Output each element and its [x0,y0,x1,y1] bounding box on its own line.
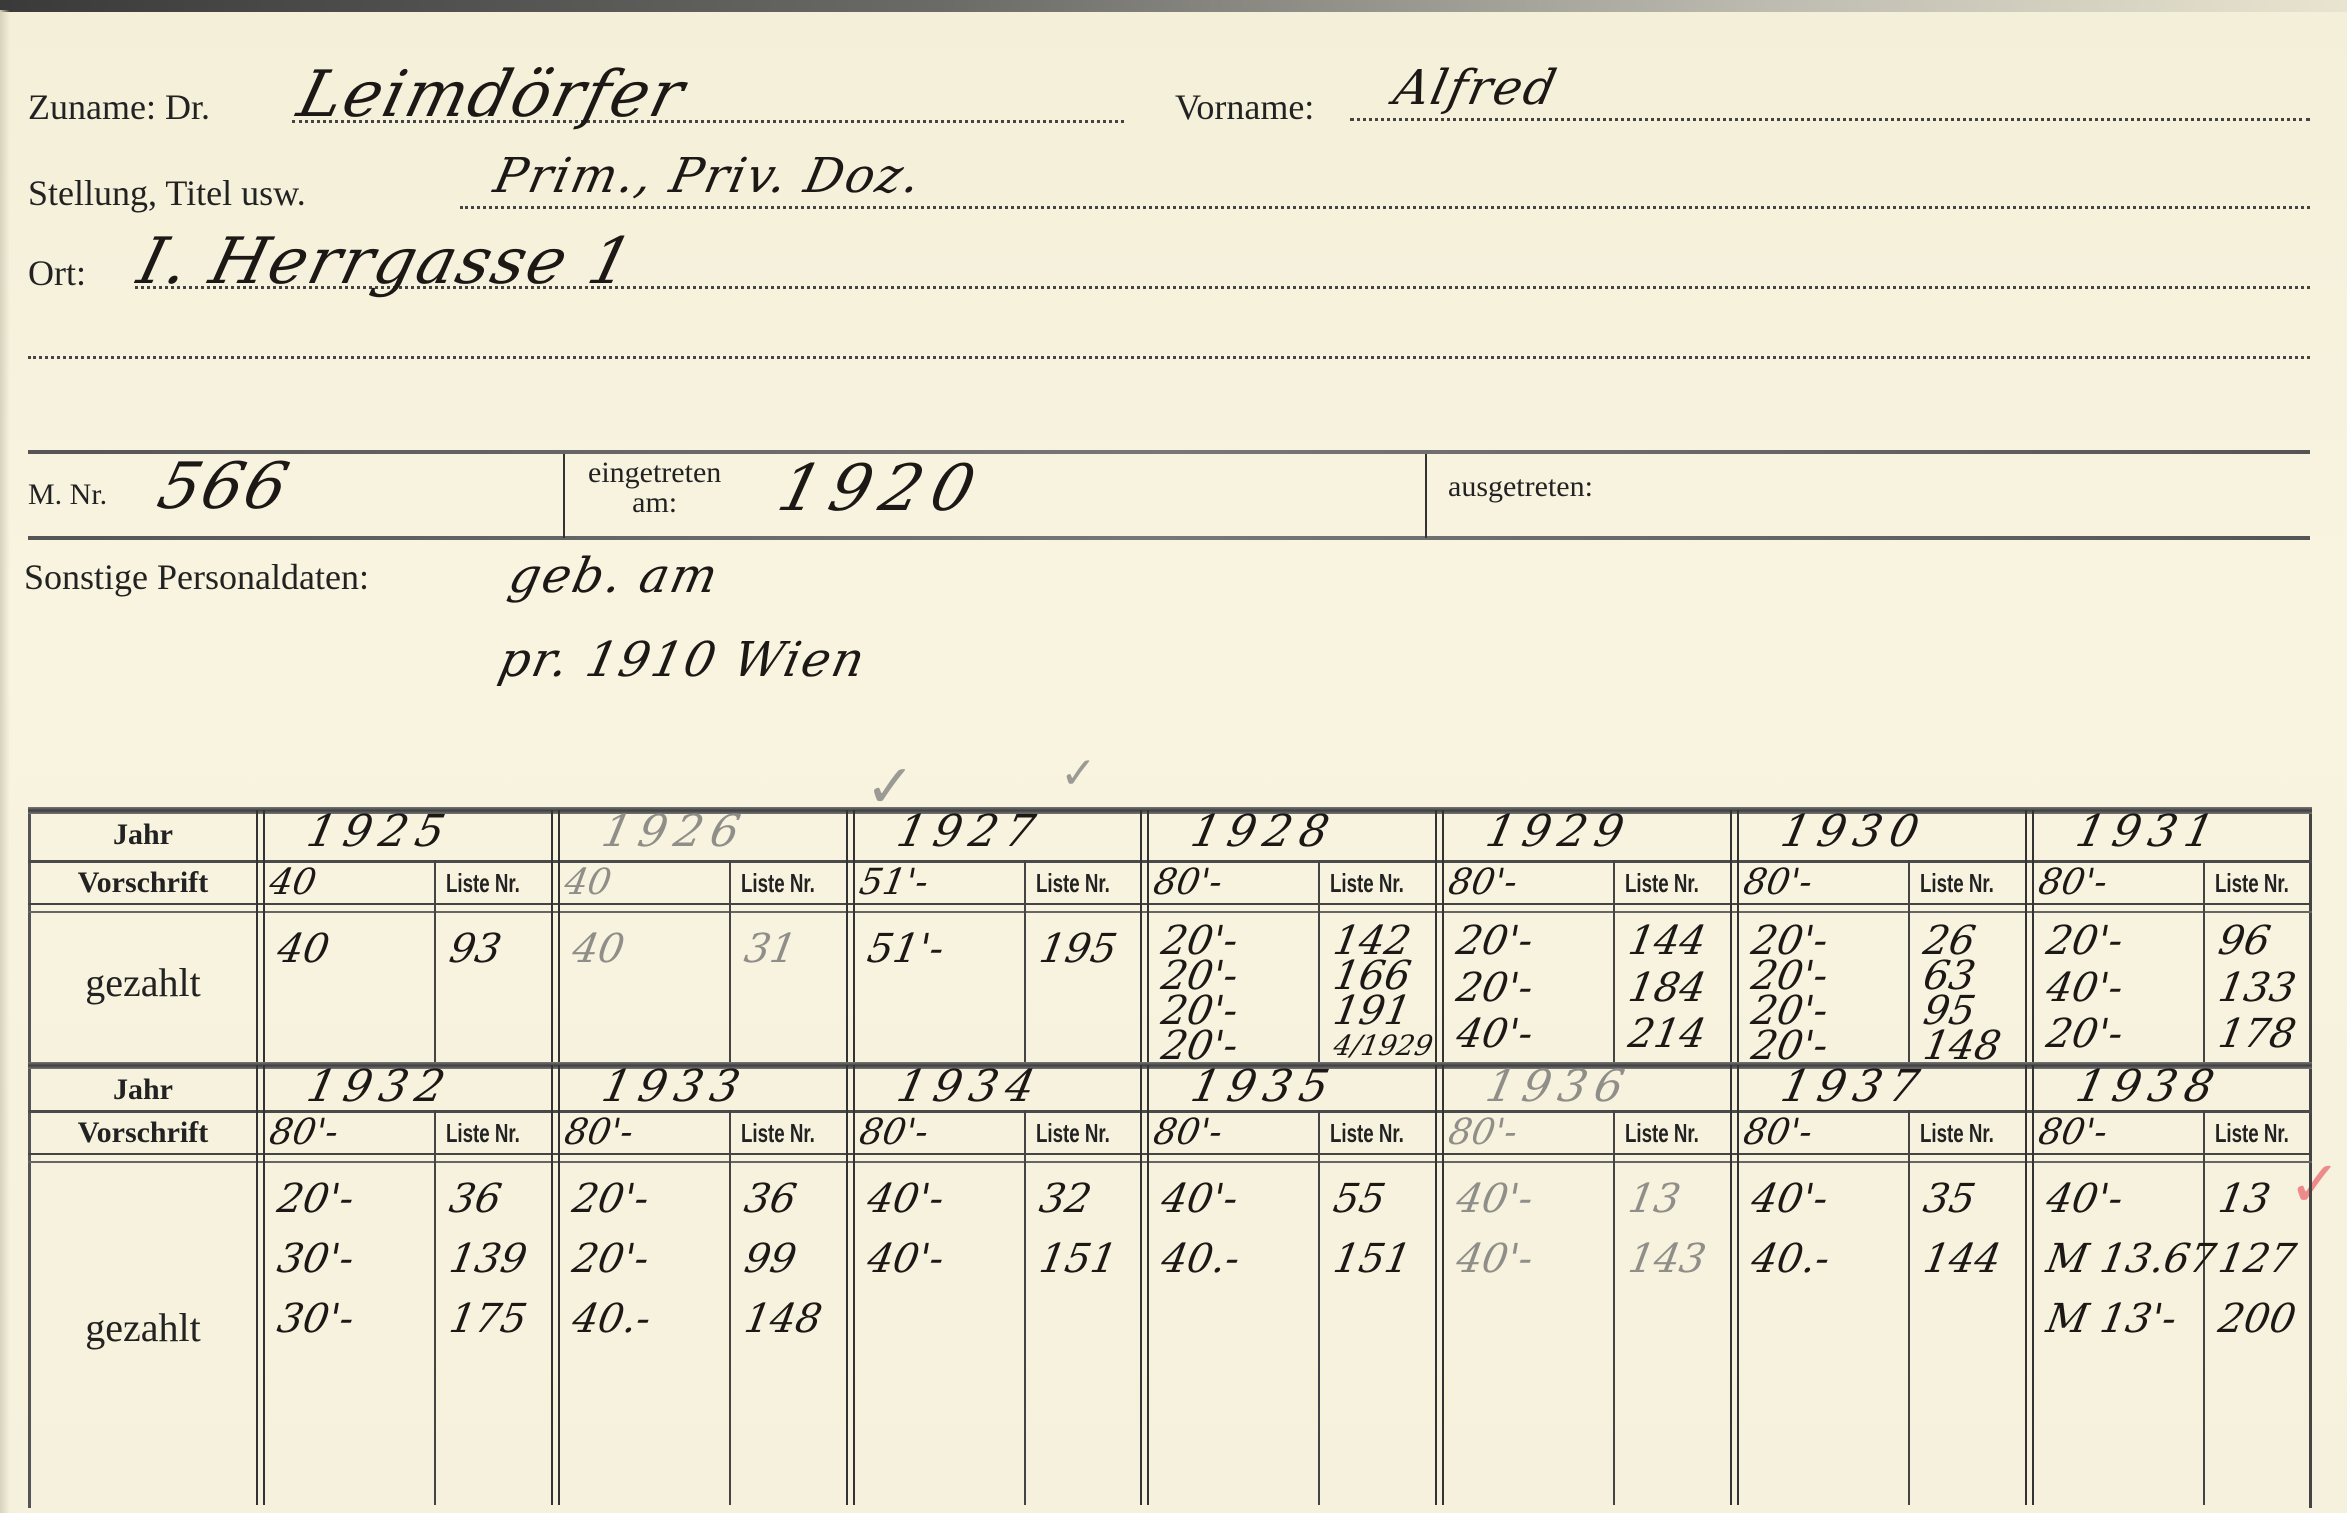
paid-list-no: 55 [1330,1175,1389,1223]
required-value: 80'- [266,1112,341,1153]
list-no-header: Liste Nr. [446,868,520,899]
paid-list-no: 35 [1920,1175,1979,1223]
list-column-divider [1613,860,1615,1065]
year-column-divider [551,1065,560,1505]
paid-amount: 40'- [1453,1235,1537,1283]
paid-amount: M 13.67 [2043,1235,2220,1283]
member-divider-1 [563,454,565,538]
required-value: 40 [266,862,319,903]
paid-amount: 40'- [1158,1175,1242,1223]
list-column-divider [1908,860,1910,1065]
place-label: Ort: [28,252,86,294]
surname-value: Leimdörfer [291,58,693,132]
required-value: 80'- [1151,862,1226,903]
paid-amount: 20'- [1453,964,1537,1012]
list-column-divider [434,1110,436,1505]
required-value: 80'- [561,1112,636,1153]
required-value: 80'- [1151,1112,1226,1153]
paid-list-no: 195 [1035,925,1120,973]
paid-list-no: 184 [1625,964,1710,1012]
paid-amount: 40'- [2043,964,2127,1012]
list-no-header: Liste Nr. [2215,868,2289,899]
year-value: 1926 [597,806,752,857]
list-no-header: Liste Nr. [1330,868,1404,899]
paid-list-no: 139 [446,1235,531,1283]
paid-list-no: 13 [2215,1175,2274,1223]
required-value: 80'- [856,1112,931,1153]
year-value: 1927 [892,806,1047,857]
paid-list-no: 32 [1035,1175,1094,1223]
required-value: 80'- [2035,862,2110,903]
year-value: 1928 [1187,806,1342,857]
paid-list-no: 178 [2215,1010,2300,1058]
year-column-divider [1435,1065,1444,1505]
paid-amount: 30'- [274,1295,358,1343]
year-value: 1936 [1482,1061,1637,1112]
paid-list-no: 214 [1625,1010,1710,1058]
paid-amount: 20'- [2043,1010,2127,1058]
paid-amount: 40'- [2043,1175,2127,1223]
required-value: 80'- [1446,862,1521,903]
other-data-line2: pr. 1910 Wien [494,632,871,688]
paid-list-no: 96 [2215,917,2274,965]
other-data-label: Sonstige Personaldaten: [24,556,369,598]
year-value: 1931 [2071,806,2226,857]
row-label-year: Jahr [28,818,258,852]
card-left-edge [0,10,10,1513]
surname-label: Zuname: Dr. [28,86,210,128]
extra-line [28,356,2310,359]
list-column-divider [1318,860,1320,1065]
list-column-divider [1908,1110,1910,1505]
year-column-divider [1140,1065,1149,1505]
membership-card: Zuname: Dr. Leimdörfer Vorname: Alfred S… [0,0,2347,1513]
joined-value: 1920 [771,452,992,526]
list-no-header: Liste Nr. [1625,868,1699,899]
year-column-divider [256,1065,265,1505]
position-line [460,206,2310,209]
card-top-edge [0,0,2347,12]
list-no-header: Liste Nr. [446,1118,520,1149]
paid-amount: 20'- [569,1235,653,1283]
paid-list-no: 151 [1035,1235,1120,1283]
year-column-divider [551,810,560,1065]
required-value: 40 [561,862,614,903]
year-value: 1930 [1777,806,1932,857]
year-column-divider [2025,810,2034,1065]
list-column-divider [2203,1110,2205,1505]
paid-list-no: 143 [1625,1235,1710,1283]
year-column-divider [846,810,855,1065]
paid-list-no: 36 [741,1175,800,1223]
row-label-required: Vorschrift [28,1116,258,1150]
year-value: 1932 [303,1061,458,1112]
paid-amount: 40'- [863,1175,947,1223]
list-column-divider [1318,1110,1320,1505]
paid-amount: 20'- [274,1175,358,1223]
paid-list-no: 127 [2215,1235,2300,1283]
year-value: 1929 [1482,806,1637,857]
required-value: 80'- [1446,1112,1521,1153]
list-no-header: Liste Nr. [741,868,815,899]
paid-amount: 40.- [1158,1235,1244,1283]
paid-list-no: 133 [2215,964,2300,1012]
place-value: I. Herrgasse 1 [131,225,642,299]
list-column-divider [2203,860,2205,1065]
paid-amount: 20'- [569,1175,653,1223]
firstname-line [1350,118,2310,121]
dues-table: JahrVorschriftgezahlt192540Liste Nr.4093… [28,810,2312,1508]
paid-list-no: 200 [2215,1295,2300,1343]
paid-list-no: 99 [741,1235,800,1283]
row-label-paid: gezahlt [28,1304,258,1351]
paid-amount: 40 [274,925,333,973]
table-bottom-rule [28,1505,2312,1508]
list-column-divider [1024,860,1026,1065]
row-label-required: Vorschrift [28,866,258,900]
paid-amount: 40'- [1453,1175,1537,1223]
paid-list-no: 31 [741,925,800,973]
other-data-line1: geb. am [504,548,724,604]
row-label-year: Jahr [28,1073,258,1107]
list-no-header: Liste Nr. [1920,868,1994,899]
paid-list-no: 93 [446,925,505,973]
list-no-header: Liste Nr. [1036,1118,1110,1149]
year-value: 1935 [1187,1061,1342,1112]
required-row-rule [28,1153,2312,1163]
year-value: 1925 [303,806,458,857]
firstname-value: Alfred [1389,60,1563,116]
year-column-divider [1140,810,1149,1065]
required-value: 51'- [856,862,931,903]
member-no-label: M. Nr. [28,478,107,512]
member-row-bottom-rule [28,536,2310,540]
paid-amount: 40'- [1748,1175,1832,1223]
paid-amount: 30'- [274,1235,358,1283]
paid-amount: 40'- [1453,1010,1537,1058]
year-value: 1934 [892,1061,1047,1112]
year-column-divider [1730,810,1739,1065]
list-no-header: Liste Nr. [1625,1118,1699,1149]
paid-list-no: 144 [1920,1235,2005,1283]
required-value: 80'- [1740,862,1815,903]
list-no-header: Liste Nr. [2215,1118,2289,1149]
list-column-divider [434,860,436,1065]
list-column-divider [1024,1110,1026,1505]
joined-label-line1: eingetreten [588,458,721,488]
list-no-header: Liste Nr. [1920,1118,1994,1149]
paid-amount: 40.- [569,1295,655,1343]
list-column-divider [1613,1110,1615,1505]
paid-list-no: 151 [1330,1235,1415,1283]
paid-amount: 40.- [1748,1235,1834,1283]
row-label-paid: gezahlt [28,959,258,1006]
joined-label-line2: am: [588,488,721,518]
paid-amount: 20'- [2043,917,2127,965]
left-label: ausgetreten: [1448,470,1593,504]
firstname-label: Vorname: [1175,86,1314,128]
paid-amount: M 13'- [2043,1295,2181,1343]
year-column-divider [1435,810,1444,1065]
required-row-rule [28,903,2312,913]
paid-amount: 40 [569,925,628,973]
list-no-header: Liste Nr. [1330,1118,1404,1149]
required-value: 80'- [2035,1112,2110,1153]
year-value: 1937 [1777,1061,1932,1112]
paid-amount: 20'- [1453,917,1537,965]
paid-list-no: 36 [446,1175,505,1223]
list-no-header: Liste Nr. [741,1118,815,1149]
position-value: Prim., Priv. Doz. [489,148,927,204]
year-column-divider [2025,1065,2034,1505]
list-column-divider [729,860,731,1065]
year-column-divider [1730,1065,1739,1505]
joined-label: eingetreten am: [588,458,721,518]
paid-amount: 40'- [863,1235,947,1283]
year-column-divider [256,810,265,1065]
member-divider-2 [1425,454,1427,538]
list-no-header: Liste Nr. [1036,868,1110,899]
pencil-check-icon: ✓ [1060,748,1097,799]
member-no-value: 566 [151,450,298,524]
required-value: 80'- [1740,1112,1815,1153]
member-row-top-rule [28,450,2310,454]
position-label: Stellung, Titel usw. [28,172,306,214]
year-value: 1938 [2071,1061,2226,1112]
paid-list-no: 175 [446,1295,531,1343]
paid-list-no: 144 [1625,917,1710,965]
paid-list-no: 13 [1625,1175,1684,1223]
year-value: 1933 [597,1061,752,1112]
list-column-divider [729,1110,731,1505]
paid-list-no: 148 [741,1295,826,1343]
year-column-divider [846,1065,855,1505]
paid-amount: 51'- [863,925,947,973]
